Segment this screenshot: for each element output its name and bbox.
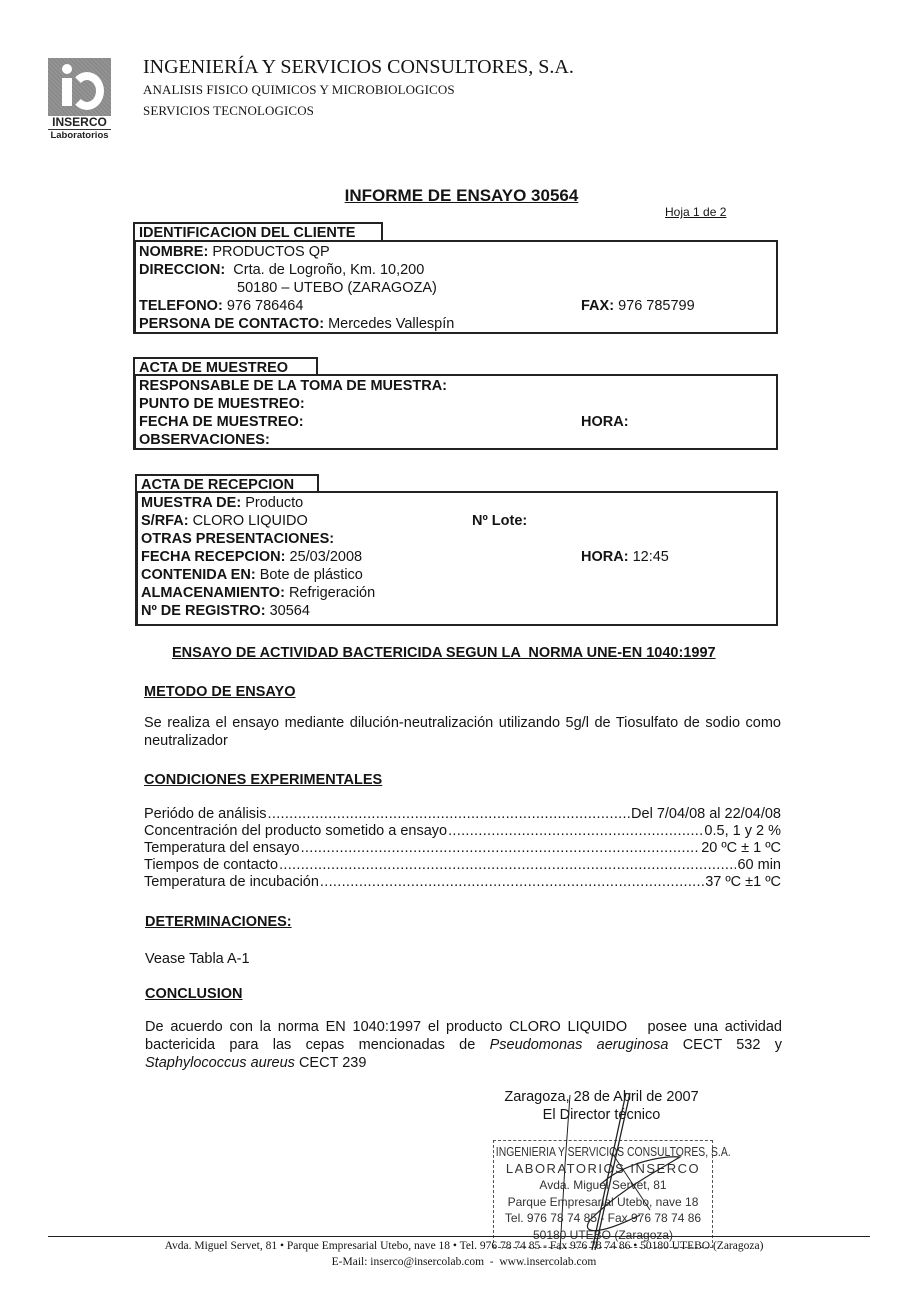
condition-row: Concentración del producto sometido a en… xyxy=(144,823,781,840)
species-2: Staphylococcus aureus xyxy=(145,1055,295,1071)
observaciones-label: OBSERVACIONES: xyxy=(139,432,270,448)
reception-section: MUESTRA DE: Producto S/RFA: CLORO LIQUID… xyxy=(135,491,778,626)
telefono-label: TELEFONO: xyxy=(139,298,223,314)
signer-role: El Director técnico xyxy=(494,1106,709,1124)
method-text: Se realiza el ensayo mediante dilución-n… xyxy=(144,714,781,750)
direccion-line-1: Crta. de Logroño, Km. 10,200 xyxy=(233,262,424,278)
direccion-line-2: 50180 – UTEBO (ZARAGOZA) xyxy=(237,280,437,296)
report-title: INFORME DE ENSAYO 30564 xyxy=(0,186,920,206)
client-section-heading: IDENTIFICACION DEL CLIENTE xyxy=(139,225,355,241)
footer-contact: E-Mail: inserco@insercolab.com - www.ins… xyxy=(8,1254,920,1270)
footer-address: Avda. Miguel Servet, 81 • Parque Empresa… xyxy=(8,1238,920,1254)
test-title: ENSAYO DE ACTIVIDAD BACTERICIDA SEGUN LA… xyxy=(172,645,716,661)
contenida-value: Bote de plástico xyxy=(260,567,363,583)
client-section-tab: IDENTIFICACION DEL CLIENTE xyxy=(133,222,383,242)
company-logo: INSERCO Laboratorios xyxy=(48,58,111,142)
otras-presentaciones-label: OTRAS PRESENTACIONES: xyxy=(141,531,334,547)
condition-row: Periódo de análisisDel 7/04/08 al 22/04/… xyxy=(144,806,781,823)
conditions-list: Periódo de análisisDel 7/04/08 al 22/04/… xyxy=(144,806,781,891)
footer: Avda. Miguel Servet, 81 • Parque Empresa… xyxy=(0,1238,920,1270)
condition-row: Tiempos de contacto60 min xyxy=(144,857,781,874)
condition-row: Temperatura de incubación37 ºC ±1 ºC xyxy=(144,874,781,891)
company-stamp: INGENIERIA Y SERVICIOS CONSULTORES, S.A.… xyxy=(493,1140,713,1248)
hora-recepcion-label: HORA: xyxy=(581,549,629,565)
srfa-label: S/RFA: xyxy=(141,513,189,529)
sampling-section: RESPONSABLE DE LA TOMA DE MUESTRA: PUNTO… xyxy=(133,374,778,450)
registro-value: 30564 xyxy=(270,603,310,619)
telefono-value: 976 786464 xyxy=(227,298,304,314)
logo-text-inserco: INSERCO xyxy=(48,116,111,130)
fax-value: 976 785799 xyxy=(618,298,695,314)
fax-label: FAX: xyxy=(581,298,614,314)
condition-row: Temperatura del ensayo20 ºC ± 1 ºC xyxy=(144,840,781,857)
direccion-label: DIRECCION: xyxy=(139,262,225,278)
logo-text-laboratorios: Laboratorios xyxy=(48,130,111,141)
nombre-label: NOMBRE: xyxy=(139,244,208,260)
contacto-label: PERSONA DE CONTACTO: xyxy=(139,316,324,332)
species-1: Pseudomonas aeruginosa xyxy=(490,1037,669,1053)
fecha-recepcion-value: 25/03/2008 xyxy=(290,549,363,565)
fecha-muestreo-label: FECHA DE MUESTREO: xyxy=(139,414,304,430)
place-date: Zaragoza, 28 de Abril de 2007 xyxy=(494,1088,709,1106)
conclusion-text: De acuerdo con la norma EN 1040:1997 el … xyxy=(145,1018,782,1072)
muestra-value: Producto xyxy=(245,495,303,511)
signature-block: Zaragoza, 28 de Abril de 2007 El Directo… xyxy=(494,1088,709,1124)
company-header: INGENIERÍA Y SERVICIOS CONSULTORES, S.A.… xyxy=(143,55,574,121)
sheet-number: Hoja 1 de 2 xyxy=(665,205,726,219)
hora-recepcion-value: 12:45 xyxy=(633,549,669,565)
hora-muestreo-label: HORA: xyxy=(581,414,629,430)
determinations-text: Vease Tabla A-1 xyxy=(145,950,250,968)
company-subtitle-1: ANALISIS FISICO QUIMICOS Y MICROBIOLOGIC… xyxy=(143,79,574,100)
responsable-label: RESPONSABLE DE LA TOMA DE MUESTRA: xyxy=(139,378,447,394)
almacenamiento-value: Refrigeración xyxy=(289,585,375,601)
determinations-heading: DETERMINACIONES: xyxy=(145,914,292,930)
registro-label: Nº DE REGISTRO: xyxy=(141,603,266,619)
footer-divider xyxy=(48,1236,870,1237)
fecha-recepcion-label: FECHA RECEPCION: xyxy=(141,549,285,565)
conclusion-heading: CONCLUSION xyxy=(145,986,242,1002)
logo-mark-icon xyxy=(48,58,111,116)
lote-label: Nº Lote: xyxy=(472,513,527,529)
company-name: INGENIERÍA Y SERVICIOS CONSULTORES, S.A. xyxy=(143,55,574,79)
srfa-value: CLORO LIQUIDO xyxy=(193,513,308,529)
method-heading: METODO DE ENSAYO xyxy=(144,684,295,700)
muestra-label: MUESTRA DE: xyxy=(141,495,241,511)
contacto-value: Mercedes Vallespín xyxy=(328,316,454,332)
nombre-value: PRODUCTOS QP xyxy=(212,244,329,260)
punto-muestreo-label: PUNTO DE MUESTREO: xyxy=(139,396,305,412)
contenida-label: CONTENIDA EN: xyxy=(141,567,256,583)
conditions-heading: CONDICIONES EXPERIMENTALES xyxy=(144,772,382,788)
company-subtitle-2: SERVICIOS TECNOLOGICOS xyxy=(143,100,574,121)
client-section: NOMBRE: PRODUCTOS QP DIRECCION: Crta. de… xyxy=(133,240,778,334)
almacenamiento-label: ALMACENAMIENTO: xyxy=(141,585,285,601)
